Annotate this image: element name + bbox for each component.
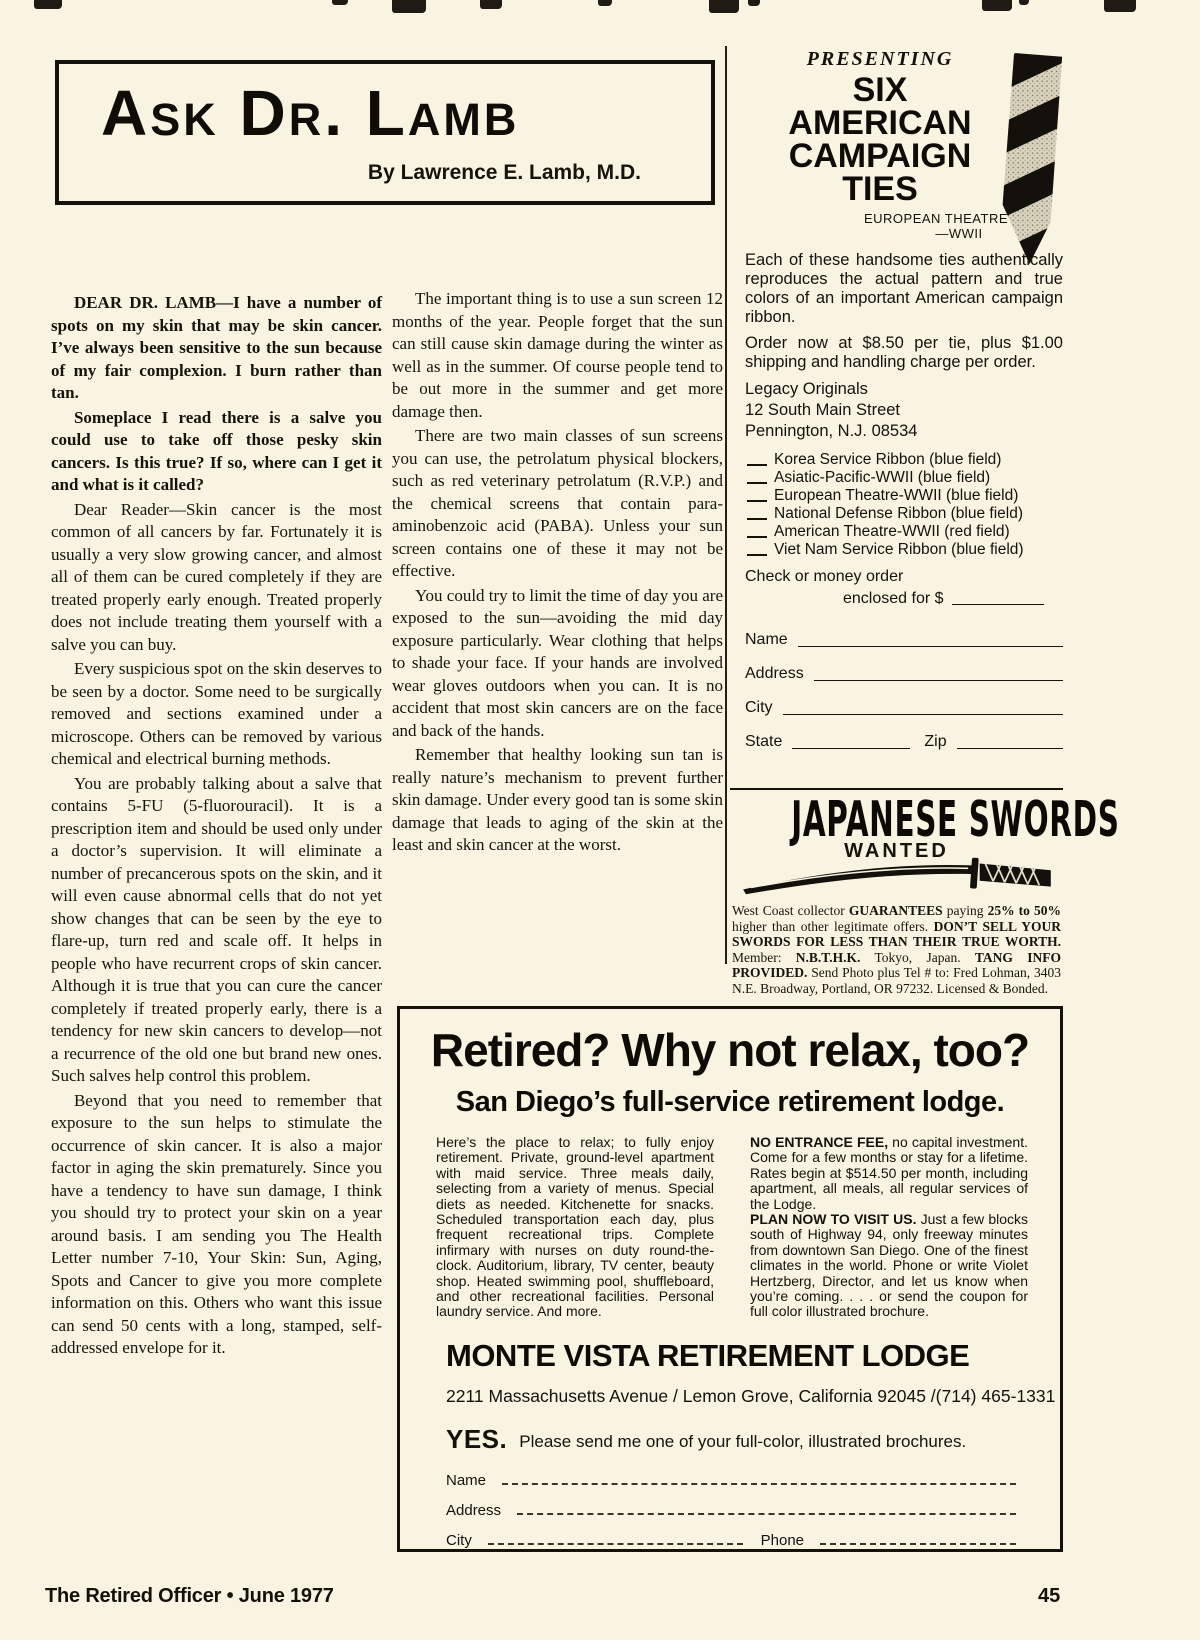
address-input-line[interactable] bbox=[814, 680, 1063, 681]
campaign-tie-icon bbox=[993, 48, 1065, 270]
tie-option-label: Viet Nam Service Ribbon (blue field) bbox=[774, 541, 1024, 559]
tie-option-label: Asiatic-Pacific-WWII (blue field) bbox=[774, 469, 990, 487]
swords-ad-body: West Coast collector GUARANTEES paying 2… bbox=[732, 903, 1061, 996]
checkbox-line[interactable] bbox=[747, 464, 767, 466]
lodge-body-left: Here’s the place to relax; to fully enjo… bbox=[436, 1135, 714, 1320]
address-label: Address bbox=[446, 1502, 501, 1519]
paragraph: Remember that healthy looking sun tan is… bbox=[392, 744, 723, 857]
state-zip-row: State Zip bbox=[745, 732, 1063, 751]
ties-ad-address: Legacy Originals12 South Main StreetPenn… bbox=[745, 379, 1063, 442]
yes-text: Please send me one of your full-color, i… bbox=[519, 1432, 966, 1452]
text-segment: Just a few blocks south of Highway 94, o… bbox=[750, 1211, 1028, 1319]
address-input-line[interactable] bbox=[517, 1513, 1016, 1515]
scan-artifact bbox=[748, 0, 760, 6]
paragraph: Every suspicious spot on the skin deserv… bbox=[51, 658, 382, 771]
text-segment: N.B.T.H.K. bbox=[796, 950, 861, 965]
coupon-city-phone-row: City Phone bbox=[446, 1529, 1016, 1549]
paragraph: Beyond that you need to remember that ex… bbox=[51, 1090, 382, 1360]
lodge-body-right: NO ENTRANCE FEE, no capital investment. … bbox=[750, 1135, 1028, 1320]
text-segment: PLAN NOW TO VISIT US. bbox=[750, 1211, 916, 1227]
zip-input-line[interactable] bbox=[957, 748, 1063, 749]
tie-option-label: Korea Service Ribbon (blue field) bbox=[774, 451, 1001, 469]
payment-line1: Check or money order bbox=[745, 568, 1063, 586]
scan-artifact bbox=[480, 0, 502, 9]
text-line: SIX bbox=[745, 74, 1015, 107]
text-segment: paying bbox=[943, 903, 988, 918]
name-input-line[interactable] bbox=[798, 646, 1063, 647]
tie-option-row: National Defense Ribbon (blue field) bbox=[745, 505, 1063, 523]
name-row: Name bbox=[745, 630, 1063, 649]
tie-option-row: American Theatre-WWII (red field) bbox=[745, 523, 1063, 541]
text-line: CAMPAIGN bbox=[745, 140, 1015, 173]
paragraph: You could try to limit the time of day y… bbox=[392, 585, 723, 743]
tie-option-row: Korea Service Ribbon (blue field) bbox=[745, 451, 1063, 469]
scan-artifact bbox=[598, 0, 612, 6]
state-input-line[interactable] bbox=[792, 748, 910, 749]
coupon-name-row: Name bbox=[446, 1469, 1016, 1489]
paragraph: DEAR DR. LAMB—I have a number of spots o… bbox=[51, 292, 382, 405]
checkbox-line[interactable] bbox=[747, 554, 767, 556]
tie-option-row: Asiatic-Pacific-WWII (blue field) bbox=[745, 469, 1063, 487]
tie-caption-line1: EUROPEAN THEATRE bbox=[745, 211, 1015, 226]
state-label: State bbox=[745, 733, 782, 751]
checkbox-line[interactable] bbox=[747, 500, 767, 502]
yes-label: YES. bbox=[446, 1424, 507, 1455]
address-row: Address bbox=[745, 664, 1063, 683]
scan-artifact bbox=[982, 0, 1012, 11]
paragraph: NO ENTRANCE FEE, no capital investment. … bbox=[750, 1135, 1028, 1212]
tie-option-label: American Theatre-WWII (red field) bbox=[774, 523, 1010, 541]
scan-artifact bbox=[34, 0, 62, 9]
checkbox-line[interactable] bbox=[747, 536, 767, 538]
scan-artifact bbox=[332, 0, 348, 5]
swords-ad-title: JAPANESE SWORDS bbox=[791, 793, 1002, 846]
ad-kicker: PRESENTING bbox=[745, 48, 1015, 71]
lodge-name: MONTE VISTA RETIREMENT LODGE bbox=[400, 1338, 1060, 1374]
name-input-line[interactable] bbox=[502, 1483, 1016, 1485]
lodge-headline: Retired? Why not relax, too? bbox=[400, 1023, 1060, 1077]
city-input-line[interactable] bbox=[783, 714, 1063, 715]
scan-artifact bbox=[1104, 0, 1136, 12]
yes-line: YES. Please send me one of your full-col… bbox=[400, 1424, 1060, 1455]
byline: By Lawrence E. Lamb, M.D. bbox=[368, 161, 641, 185]
text-segment: 25% to 50% bbox=[988, 903, 1061, 918]
paragraph: Someplace I read there is a salve you co… bbox=[51, 407, 382, 497]
text-segment: GUARANTEES bbox=[849, 903, 943, 918]
checkbox-line[interactable] bbox=[747, 482, 767, 484]
zip-label: Zip bbox=[924, 733, 946, 751]
tie-option-label: National Defense Ribbon (blue field) bbox=[774, 505, 1023, 523]
text-segment: higher than other legitimate offers. bbox=[732, 919, 934, 934]
lodge-address-line: 2211 Massachusetts Avenue / Lemon Grove,… bbox=[400, 1386, 1060, 1407]
lodge-body-columns: Here’s the place to relax; to fully enjo… bbox=[400, 1119, 1060, 1320]
text-line: Legacy Originals bbox=[745, 379, 1063, 400]
lodge-subhead: San Diego’s full-service retirement lodg… bbox=[400, 1086, 1060, 1119]
coupon-address-row: Address bbox=[446, 1499, 1016, 1519]
monte-vista-ad: Retired? Why not relax, too? San Diego’s… bbox=[397, 1006, 1063, 1552]
japanese-swords-ad: JAPANESE SWORDS WANTED West Coast collec… bbox=[730, 788, 1063, 1009]
city-row: City bbox=[745, 698, 1063, 717]
paragraph: There are two main classes of sun screen… bbox=[392, 425, 723, 583]
lodge-coupon: Name Address City Phone bbox=[400, 1455, 1060, 1549]
payment-line2: enclosed for $ bbox=[843, 590, 1063, 608]
tie-caption-line2: —WWII bbox=[745, 226, 1015, 241]
text-line: TIES bbox=[745, 173, 1015, 206]
address-label: Address bbox=[745, 665, 804, 683]
ties-ad-title: SIXAMERICANCAMPAIGNTIES bbox=[745, 74, 1015, 206]
paragraph: The important thing is to use a sun scre… bbox=[392, 288, 723, 423]
tie-option-row: European Theatre-WWII (blue field) bbox=[745, 487, 1063, 505]
scan-artifact bbox=[392, 0, 426, 13]
text-line: 12 South Main Street bbox=[745, 400, 1063, 421]
text-line: AMERICAN bbox=[745, 107, 1015, 140]
campaign-ties-ad: PRESENTING SIXAMERICANCAMPAIGNTIES bbox=[745, 48, 1063, 751]
text-segment: NO ENTRANCE FEE, bbox=[750, 1134, 888, 1150]
paragraph: You are probably talking about a salve t… bbox=[51, 773, 382, 1088]
phone-input-line[interactable] bbox=[820, 1543, 1016, 1545]
column-title: Ask Dr. Lamb bbox=[101, 76, 519, 150]
magazine-footer: The Retired Officer • June 1977 bbox=[45, 1585, 334, 1608]
article-column-2: The important thing is to use a sun scre… bbox=[392, 288, 723, 859]
article-column-1: DEAR DR. LAMB—I have a number of spots o… bbox=[51, 292, 382, 1362]
phone-label: Phone bbox=[761, 1532, 804, 1549]
magazine-page: Ask Dr. Lamb By Lawrence E. Lamb, M.D. D… bbox=[0, 0, 1200, 1640]
checkbox-line[interactable] bbox=[747, 518, 767, 520]
tie-options-list: Korea Service Ribbon (blue field)Asiatic… bbox=[745, 451, 1063, 559]
scan-artifact bbox=[1019, 0, 1029, 5]
name-label: Name bbox=[745, 631, 788, 649]
text-segment: Tokyo, Japan. bbox=[860, 950, 974, 965]
page-number: 45 bbox=[1038, 1585, 1060, 1608]
tie-option-label: European Theatre-WWII (blue field) bbox=[774, 487, 1018, 505]
text-segment: West Coast collector bbox=[732, 903, 849, 918]
tie-option-row: Viet Nam Service Ribbon (blue field) bbox=[745, 541, 1063, 559]
ask-dr-lamb-masthead: Ask Dr. Lamb By Lawrence E. Lamb, M.D. bbox=[55, 60, 715, 205]
paragraph: Dear Reader—Skin cancer is the most comm… bbox=[51, 499, 382, 657]
text-line: Pennington, N.J. 08534 bbox=[745, 421, 1063, 442]
column-divider-rule bbox=[725, 46, 727, 964]
city-input-line[interactable] bbox=[488, 1543, 743, 1545]
amount-input-line[interactable] bbox=[952, 604, 1044, 605]
city-label: City bbox=[446, 1532, 472, 1549]
scan-artifact bbox=[709, 0, 739, 13]
paragraph: PLAN NOW TO VISIT US. Just a few blocks … bbox=[750, 1212, 1028, 1320]
name-label: Name bbox=[446, 1472, 486, 1489]
text-segment: Member: bbox=[732, 950, 796, 965]
city-label: City bbox=[745, 699, 773, 717]
payment-label: enclosed for $ bbox=[843, 590, 944, 608]
paragraph: Order now at $8.50 per tie, plus $1.00 s… bbox=[745, 334, 1063, 372]
